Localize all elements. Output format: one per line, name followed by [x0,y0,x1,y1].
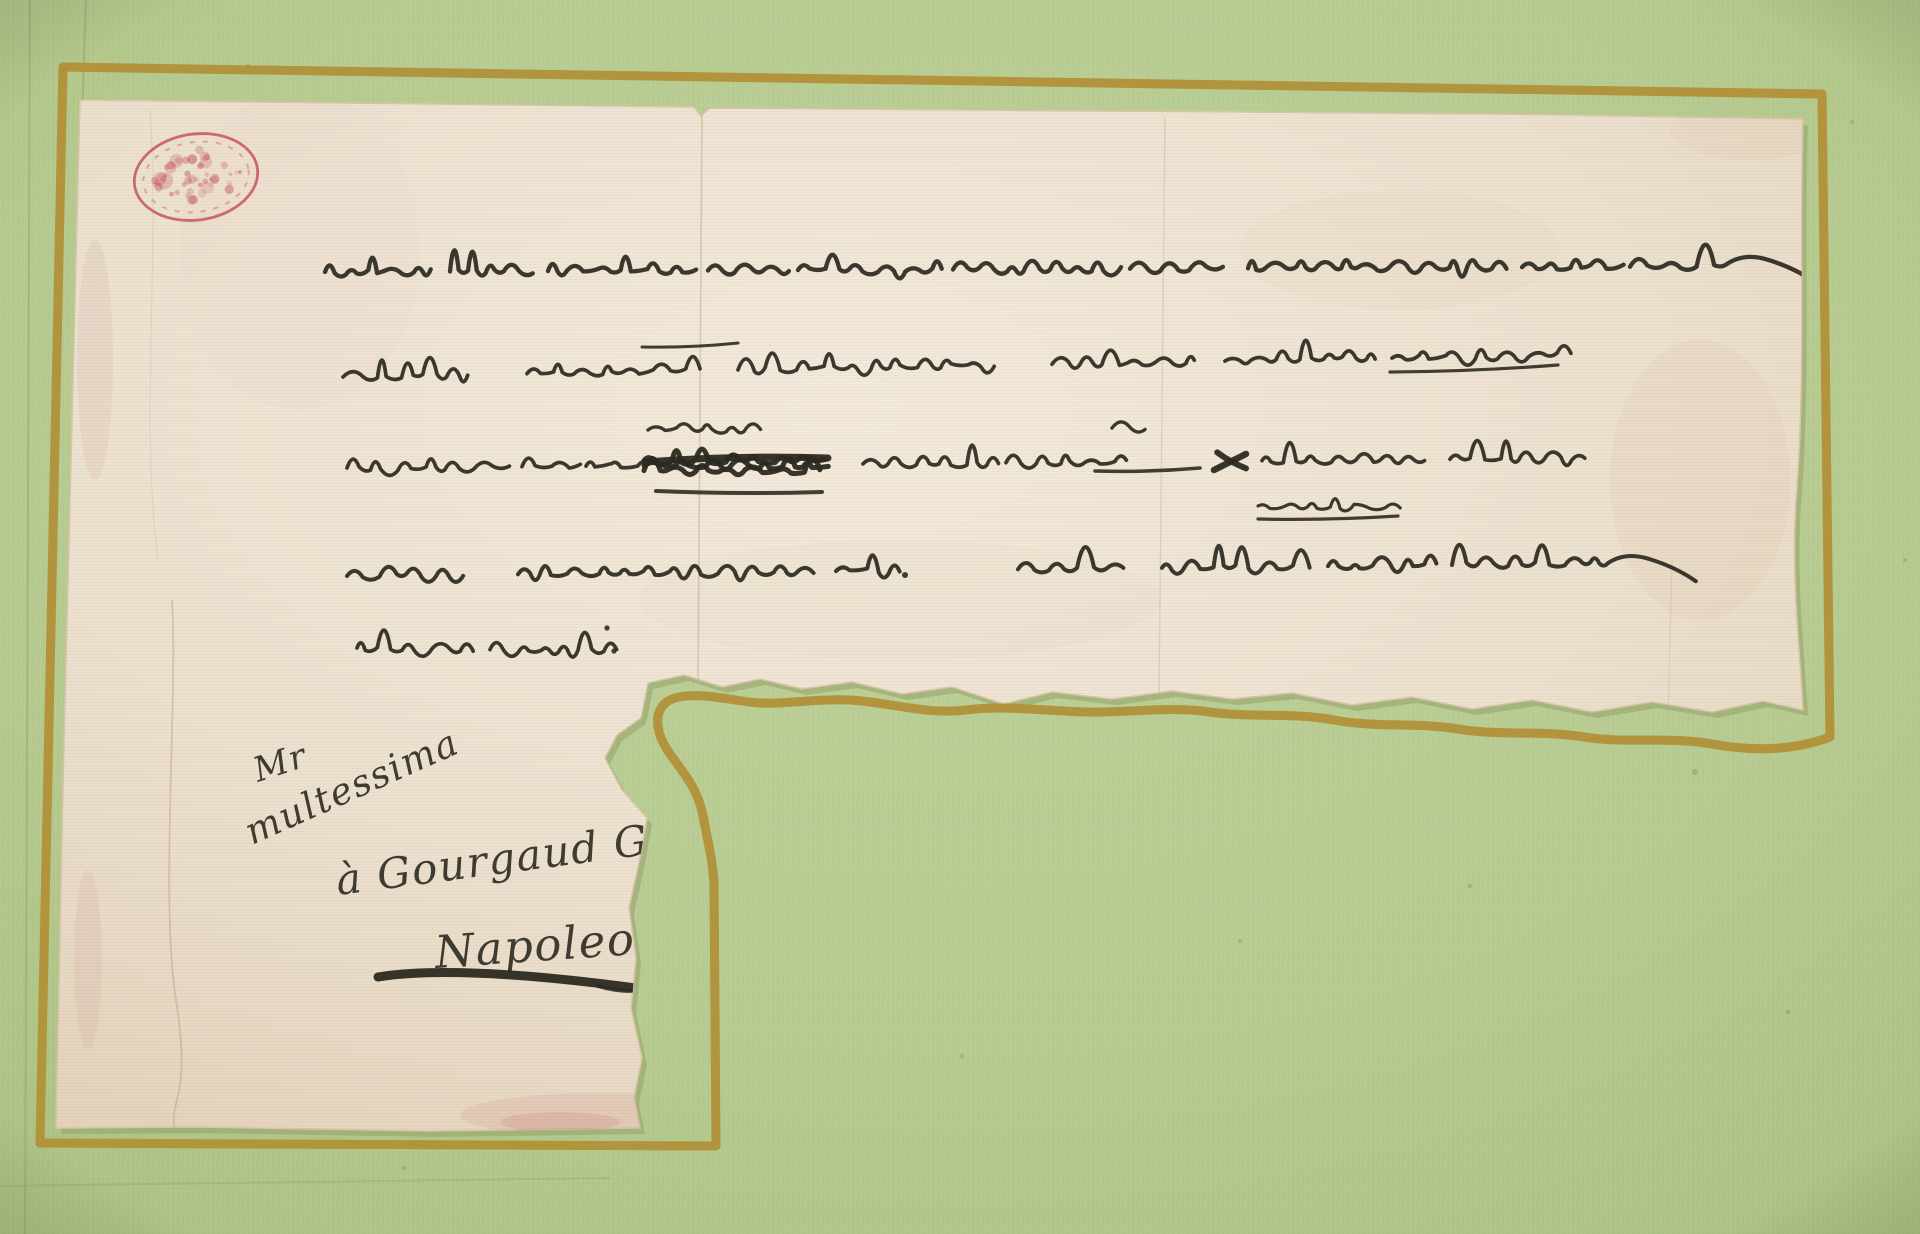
album-page: Mr multessima à Gourgaud G.al d'a Napole… [0,0,1920,1234]
scan-vignette [0,0,1920,1234]
manuscript-scan: Mr multessima à Gourgaud G.al d'a Napole… [0,0,1920,1234]
